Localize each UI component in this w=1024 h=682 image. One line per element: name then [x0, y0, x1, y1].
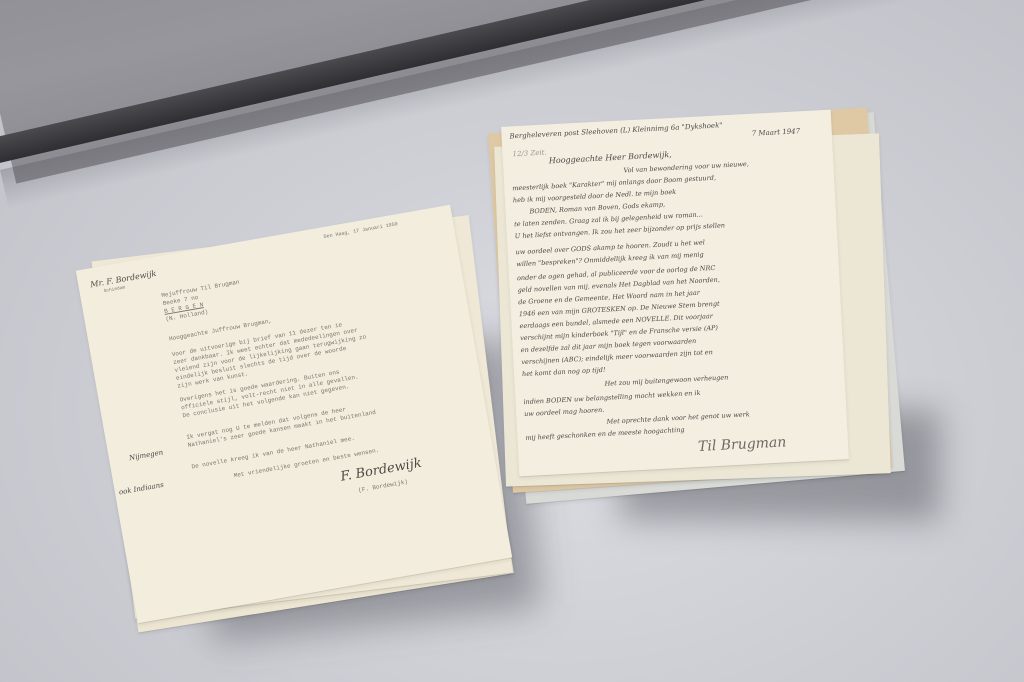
body-line: meesterlijk boek "Karakter" mij onlangs … — [512, 174, 716, 193]
body-line: Vol van bewondering voor uw nieuwe, — [623, 160, 749, 175]
body-line: Het zou mij buitengewoon verheugen — [604, 373, 728, 387]
handwritten-letter-page: Bergheleveren post Sleehoven (L) Kleinni… — [501, 110, 849, 477]
body-line: mij heeft geschonken en de meeste hoogac… — [525, 426, 685, 442]
salutation: Hooggeachte Heer Bordewijk, — [549, 150, 672, 165]
margin-note: Nijmegen — [128, 448, 163, 462]
body-line: indien BODEN uw belangstelling mocht wek… — [523, 389, 700, 406]
typed-letter-page: Mr. F. Bordewijk Schiedam Den Haag, 17 J… — [76, 205, 512, 624]
signature: F. Bordewijk — [339, 456, 422, 485]
letter-date: Den Haag, 17 Januari 1950 — [323, 220, 398, 241]
margin-note: ook Indiaans — [118, 481, 164, 497]
handwritten-letter-stack: Bergheleveren post Sleehoven (L) Kleinni… — [480, 80, 950, 520]
body-line: uw oordeel mag hooren. — [524, 406, 605, 418]
photo-scene: Mr. F. Bordewijk Schiedam Den Haag, 17 J… — [0, 0, 1024, 682]
corner-note: 12/3 Zeit. — [512, 149, 547, 159]
letter-heading: Bergheleveren post Sleehoven (L) Kleinni… — [509, 121, 722, 140]
closing-name: (F. Bordewijk) — [358, 478, 409, 495]
body-line: Met oprechte dank voor het genot uw werk — [606, 410, 749, 425]
typed-letter-stack: Mr. F. Bordewijk Schiedam Den Haag, 17 J… — [98, 205, 528, 635]
signature: Til Brugman — [698, 434, 787, 455]
body-line: het komt dan nog op tijd! — [522, 366, 606, 378]
letter-date: 7 Maart 1947 — [752, 127, 801, 138]
